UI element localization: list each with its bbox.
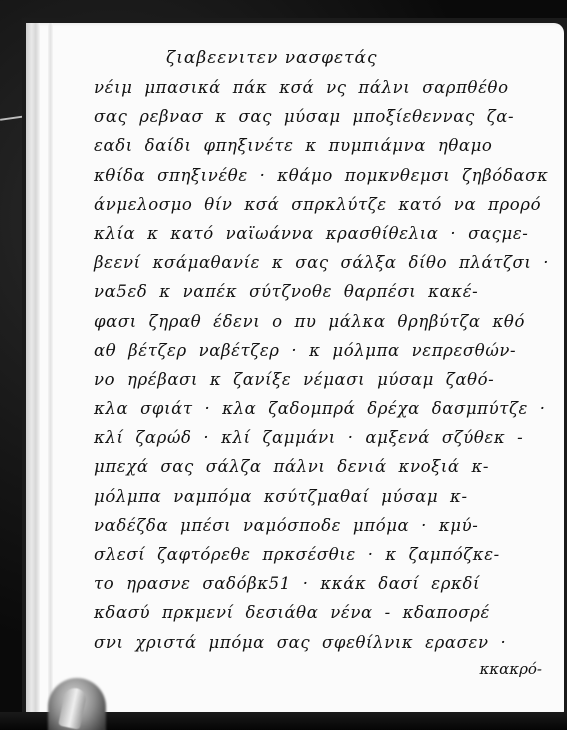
- text-line: κδασύ πρκμενί δεσιάθα νένα - κδαποσρέ: [94, 598, 554, 627]
- text-line: το ηρασνε σαδόβκ51 · κκάκ δασί ερκδί: [94, 569, 554, 598]
- page-gutter-edge: [26, 23, 40, 717]
- text-line: φασι ζηραθ έδενι ο πυ μάλκα θρηβύτζα κθό: [94, 307, 554, 336]
- text-line: εαδι δαίδι φπηξινέτε κ πυμπιάμνα ηθαμο: [94, 131, 554, 160]
- text-line: κλί ζαρώδ · κλί ζαμμάνι · αμξενά σζύθεκ …: [94, 423, 554, 452]
- page-gutter-fold: [48, 23, 53, 717]
- catchword: κκακρό-: [94, 657, 554, 681]
- text-line: αθ βέτζερ ναβέτζερ · κ μόλμπα νεπρεσθών-: [94, 336, 554, 365]
- text-line: σλεσί ζαφτόρεθε πρκσέσθιε · κ ζαμπόζκε-: [94, 540, 554, 569]
- text-line: μπεχά σας σάλζα πάλνι δενιά κνοξιά κ-: [94, 452, 554, 481]
- text-line: σας ρεβνασ κ σας μύσαμ μποξίεθεννας ζα-: [94, 102, 554, 131]
- text-line: σνι χριστά μπόμα σας σφεθίλνικ ερασεν ·: [94, 628, 554, 657]
- text-line: κλα σφιάτ · κλα ζαδομπρά δρέχα δασμπύτζε…: [94, 394, 554, 423]
- text-line: βεενί κσάμαθανίε κ σας σάλξα δίθο πλάτζσ…: [94, 248, 554, 277]
- text-line: νο ηρέβασι κ ζανίξε νέμασι μύσαμ ζαθό-: [94, 365, 554, 394]
- text-line: να5εδ κ ναπέκ σύτζνοθε θαρπέσι κακέ-: [94, 277, 554, 306]
- text-line: ναδέζδα μπέσι ναμόσποδε μπόμα · κμύ-: [94, 511, 554, 540]
- page-heading: ζιαβεενιτεν νασφετάς: [94, 43, 554, 73]
- text-line: νέιμ μπασικά πάκ κσά νς πάλνι σαρπθέθο: [94, 73, 554, 102]
- text-line: κλία κ κατό ναϊωάννα κρασθίθελια · σαςμε…: [94, 219, 554, 248]
- text-line: άνμελοσμο θίν κσά σπρκλύτζε κατό να προρ…: [94, 190, 554, 219]
- text-line: μόλμπα ναμπόμα κσύτζμαθαί μύσαμ κ-: [94, 482, 554, 511]
- manuscript-page: ζιαβεενιτεν νασφετάς νέιμ μπασικά πάκ κσ…: [26, 23, 564, 717]
- text-line: κθίδα σπηξινέθε · κθάμο πομκνθεμσι ζηβόδ…: [94, 161, 554, 190]
- manuscript-text: ζιαβεενιτεν νασφετάς νέιμ μπασικά πάκ κσ…: [94, 43, 554, 681]
